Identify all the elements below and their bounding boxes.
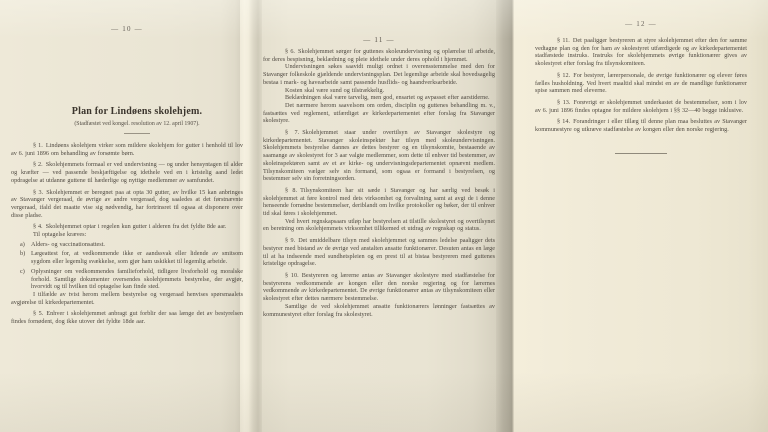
paragraph: Det nærmere herom saavelsom om orden, di… bbox=[263, 102, 495, 125]
paragraph: Til optagelse kræves: bbox=[11, 231, 243, 239]
page-11-text: § 6. Skolehjemmet sørger for guttenes sk… bbox=[263, 48, 495, 318]
paragraph: Beklædningen skal være tarvelig, men god… bbox=[263, 94, 495, 102]
page-11-column: § 6. Skolehjemmet sørger for guttenes sk… bbox=[263, 0, 495, 318]
paragraph: Kosten skal være sund og tilstrækkelig. bbox=[263, 87, 495, 95]
paragraph: § 2. Skolehjemmets formaal er ved underv… bbox=[11, 161, 243, 184]
document-header: Plan for Lindøens skolehjem. (Stadfæstet… bbox=[11, 106, 243, 134]
document-subtitle: (Stadfæstet ved kongel. resolution av 12… bbox=[31, 121, 243, 128]
page-10-column: Plan for Lindøens skolehjem. (Stadfæstet… bbox=[11, 0, 243, 326]
paragraph: Ved hvert regnskapsaars utløp har bestyr… bbox=[263, 218, 495, 233]
list-item: c)Oplysninger om vedkommendes familiefor… bbox=[11, 268, 243, 291]
paragraph: § 5. Enhver i skolehjemmet anbragt gut f… bbox=[11, 310, 243, 325]
page-12-text: § 11. Det paaligger bestyreren at styre … bbox=[535, 37, 747, 134]
page-edge-gutter-left bbox=[240, 0, 262, 432]
list-item: a)Alders- og vaccinationsattest. bbox=[11, 241, 243, 249]
page-12-column: § 11. Det paaligger bestyreren at styre … bbox=[535, 0, 747, 154]
paragraph: I tilfælde av tvist herom mellem bestyre… bbox=[11, 291, 243, 306]
paragraph: § 8. Tilsynskomiteen har sit sæde i Stav… bbox=[263, 187, 495, 218]
section-end-divider bbox=[615, 153, 667, 154]
paragraph: § 6. Skolehjemmet sørger for guttenes sk… bbox=[263, 48, 495, 63]
paragraph: § 14. Forandringer i eller tillæg til de… bbox=[535, 118, 747, 133]
paragraph: § 11. Det paaligger bestyreren at styre … bbox=[535, 37, 747, 68]
book-scan: — 10 — — 11 — — 12 — Plan for Lindøens s… bbox=[0, 0, 768, 432]
paragraph: § 3. Skolehjemmet er beregnet paa at opt… bbox=[11, 189, 243, 220]
paragraph: § 10. Bestyreren og lærerne antas av Sta… bbox=[263, 272, 495, 303]
paragraph: § 13. Forøvrigt er skolehjemmet underkas… bbox=[535, 99, 747, 114]
page-edge-gutter-right bbox=[496, 0, 514, 432]
list-marker: c) bbox=[20, 268, 25, 276]
paragraph: § 9. Det umiddelbare tilsyn med skolehje… bbox=[263, 237, 495, 268]
list-item: b)Lægeattest for, at vedkommende ikke er… bbox=[11, 250, 243, 265]
page-10-text: § 1. Lindøens skolehjem virker som milde… bbox=[11, 142, 243, 326]
list-marker: b) bbox=[20, 250, 25, 258]
paragraph: Undervisningen søkes saavidt muligt ordn… bbox=[263, 63, 495, 86]
paragraph: § 1. Lindøens skolehjem virker som milde… bbox=[11, 142, 243, 157]
paragraph: § 7. Skolehjemmet staar under overtilsyn… bbox=[263, 129, 495, 183]
document-title: Plan for Lindøens skolehjem. bbox=[31, 106, 243, 118]
paragraph: § 12. For bestyrer, lærerpersonale, de ø… bbox=[535, 72, 747, 95]
title-divider bbox=[124, 133, 150, 134]
paragraph: Samtlige de ved skolehjemmet ansatte fun… bbox=[263, 303, 495, 318]
list-marker: a) bbox=[20, 241, 25, 249]
paragraph: § 4. Skolehjemmet optar i regelen kun gu… bbox=[11, 223, 243, 231]
